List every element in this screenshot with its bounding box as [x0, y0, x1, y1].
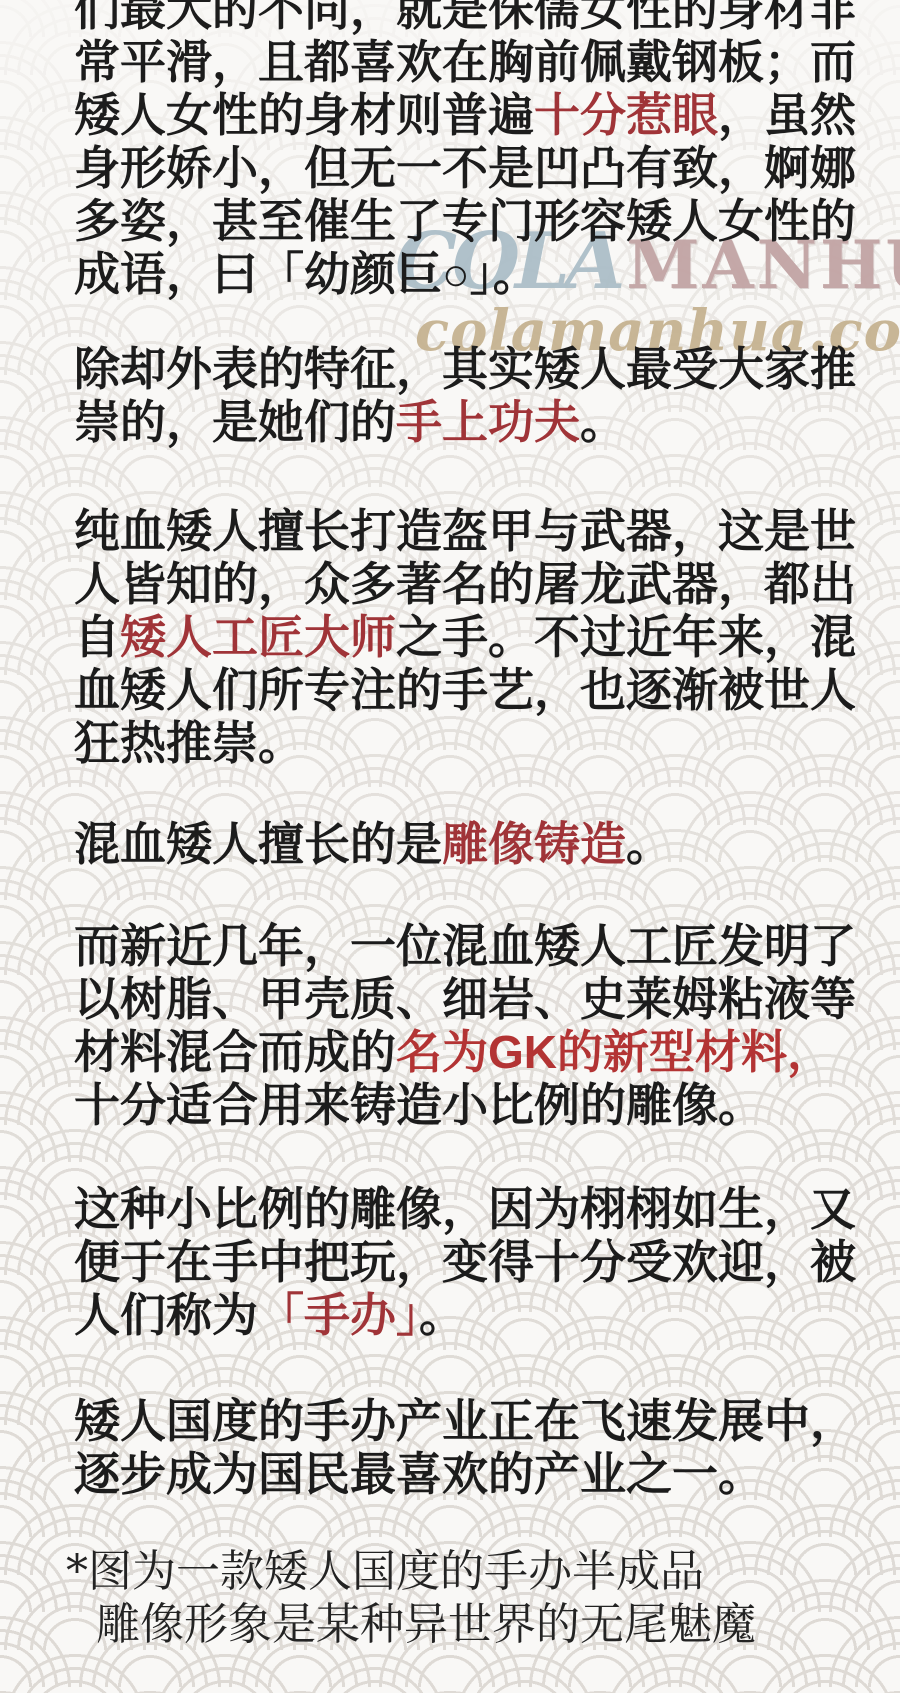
text-line: 以树脂、甲壳质、细岩、史莱姆粘液等	[74, 973, 856, 1026]
text-segment: 这种小比例的雕像，因为栩栩如生，又	[74, 1183, 856, 1235]
text-segment: 十分适合用来铸造小比例的雕像。	[74, 1079, 764, 1131]
text-line: 混血矮人擅长的是雕像铸造。	[74, 818, 672, 871]
text-line: 自矮人工匠大师之手。不过近年来，混	[74, 611, 856, 664]
text-line: 人们称为「手办」。	[74, 1289, 856, 1342]
paragraph-6: 这种小比例的雕像，因为栩栩如生，又便于在手中把玩，变得十分受欢迎，被人们称为「手…	[74, 1183, 856, 1342]
paragraph-1: 们最大的不同，就是侏儒女性的身材非常平滑，且都喜欢在胸前佩戴钢板；而矮人女性的身…	[74, 0, 856, 301]
text-line: 多姿，甚至催生了专门形容矮人女性的	[74, 195, 856, 248]
text-segment: 人们称为	[74, 1289, 258, 1341]
text-line: 除却外表的特征，其实矮人最受大家推	[74, 343, 856, 396]
text-segment: 。	[580, 396, 626, 448]
highlighted-text-segment: 矮人工匠大师	[120, 611, 396, 663]
text-line: *图为一款矮人国度的手办半成品	[66, 1545, 756, 1598]
highlighted-text-segment: 雕像铸造	[442, 818, 626, 870]
text-line: 逐步成为国民最喜欢的产业之一。	[74, 1448, 856, 1501]
text-segment: 人皆知的，众多著名的屠龙武器，都出	[74, 558, 856, 610]
text-line: 矮人国度的手办产业正在飞速发展中，	[74, 1395, 856, 1448]
text-segment: 。	[419, 1289, 465, 1341]
footnote: *图为一款矮人国度的手办半成品雕像形象是某种异世界的无尾魅魔	[66, 1545, 756, 1651]
text-segment: 们最大的不同，就是侏儒女性的身材非	[74, 0, 856, 35]
text-segment: 成语，曰「幼颜巨○」。	[74, 248, 539, 300]
text-line: 们最大的不同，就是侏儒女性的身材非	[74, 0, 856, 36]
text-line: 纯血矮人擅长打造盔甲与武器，这是世	[74, 505, 856, 558]
paragraph-5: 而新近几年，一位混血矮人工匠发明了以树脂、甲壳质、细岩、史莱姆粘液等材料混合而成…	[74, 920, 856, 1132]
text-segment: 狂热推崇。	[74, 717, 304, 769]
text-line: 而新近几年，一位混血矮人工匠发明了	[74, 920, 856, 973]
text-segment: 身形娇小，但无一不是凹凸有致，婀娜	[74, 142, 856, 194]
text-segment: 纯血矮人擅长打造盔甲与武器，这是世	[74, 505, 856, 557]
text-line: 常平滑，且都喜欢在胸前佩戴钢板；而	[74, 36, 856, 89]
text-segment: 以树脂、甲壳质、细岩、史莱姆粘液等	[74, 973, 856, 1025]
comic-text-page: COLA MANHUA colamanhua.com 们最大的不同，就是侏儒女性…	[0, 0, 900, 1693]
text-segment: 。	[626, 818, 672, 870]
paragraph-3: 纯血矮人擅长打造盔甲与武器，这是世人皆知的，众多著名的屠龙武器，都出自矮人工匠大…	[74, 505, 856, 770]
text-line: 成语，曰「幼颜巨○」。	[74, 248, 856, 301]
text-line: 材料混合而成的名为GK的新型材料，	[74, 1026, 856, 1079]
text-segment: ，虽然	[718, 89, 856, 141]
text-segment: 多姿，甚至催生了专门形容矮人女性的	[74, 195, 856, 247]
text-segment: 除却外表的特征，其实矮人最受大家推	[74, 343, 856, 395]
text-segment: 常平滑，且都喜欢在胸前佩戴钢板；而	[74, 36, 856, 88]
text-segment: 矮人女性的身材则普遍	[74, 89, 534, 141]
text-segment: 逐步成为国民最喜欢的产业之一。	[74, 1448, 764, 1500]
text-line: 身形娇小，但无一不是凹凸有致，婀娜	[74, 142, 856, 195]
text-segment: 血矮人们所专注的手艺，也逐渐被世人	[74, 664, 856, 716]
highlighted-text-segment: 十分惹眼	[534, 89, 718, 141]
text-segment: 雕像形象是某种异世界的无尾魅魔	[96, 1599, 756, 1650]
text-segment: *图为一款矮人国度的手办半成品	[66, 1546, 704, 1597]
text-line: 雕像形象是某种异世界的无尾魅魔	[96, 1598, 756, 1651]
highlighted-text-segment: 「手办」	[258, 1289, 419, 1341]
paragraph-4: 混血矮人擅长的是雕像铸造。	[74, 818, 672, 871]
text-segment: 材料混合而成的	[74, 1026, 396, 1078]
highlighted-text-segment: 名为GK的新型材料，	[396, 1026, 833, 1078]
text-line: 人皆知的，众多著名的屠龙武器，都出	[74, 558, 856, 611]
text-segment: 自	[74, 611, 120, 663]
text-segment: 矮人国度的手办产业正在飞速发展中，	[74, 1395, 856, 1447]
text-line: 这种小比例的雕像，因为栩栩如生，又	[74, 1183, 856, 1236]
text-line: 十分适合用来铸造小比例的雕像。	[74, 1079, 856, 1132]
text-line: 便于在手中把玩，变得十分受欢迎，被	[74, 1236, 856, 1289]
text-segment: 混血矮人擅长的是	[74, 818, 442, 870]
paragraph-7: 矮人国度的手办产业正在飞速发展中，逐步成为国民最喜欢的产业之一。	[74, 1395, 856, 1501]
text-line: 矮人女性的身材则普遍十分惹眼，虽然	[74, 89, 856, 142]
text-segment: 而新近几年，一位混血矮人工匠发明了	[74, 920, 856, 972]
text-segment: 便于在手中把玩，变得十分受欢迎，被	[74, 1236, 856, 1288]
text-line: 血矮人们所专注的手艺，也逐渐被世人	[74, 664, 856, 717]
text-segment: 崇的，是她们的	[74, 396, 396, 448]
highlighted-text-segment: 手上功夫	[396, 396, 580, 448]
paragraph-2: 除却外表的特征，其实矮人最受大家推崇的，是她们的手上功夫。	[74, 343, 856, 449]
text-line: 狂热推崇。	[74, 717, 856, 770]
text-segment: 之手。不过近年来，混	[396, 611, 856, 663]
text-line: 崇的，是她们的手上功夫。	[74, 396, 856, 449]
